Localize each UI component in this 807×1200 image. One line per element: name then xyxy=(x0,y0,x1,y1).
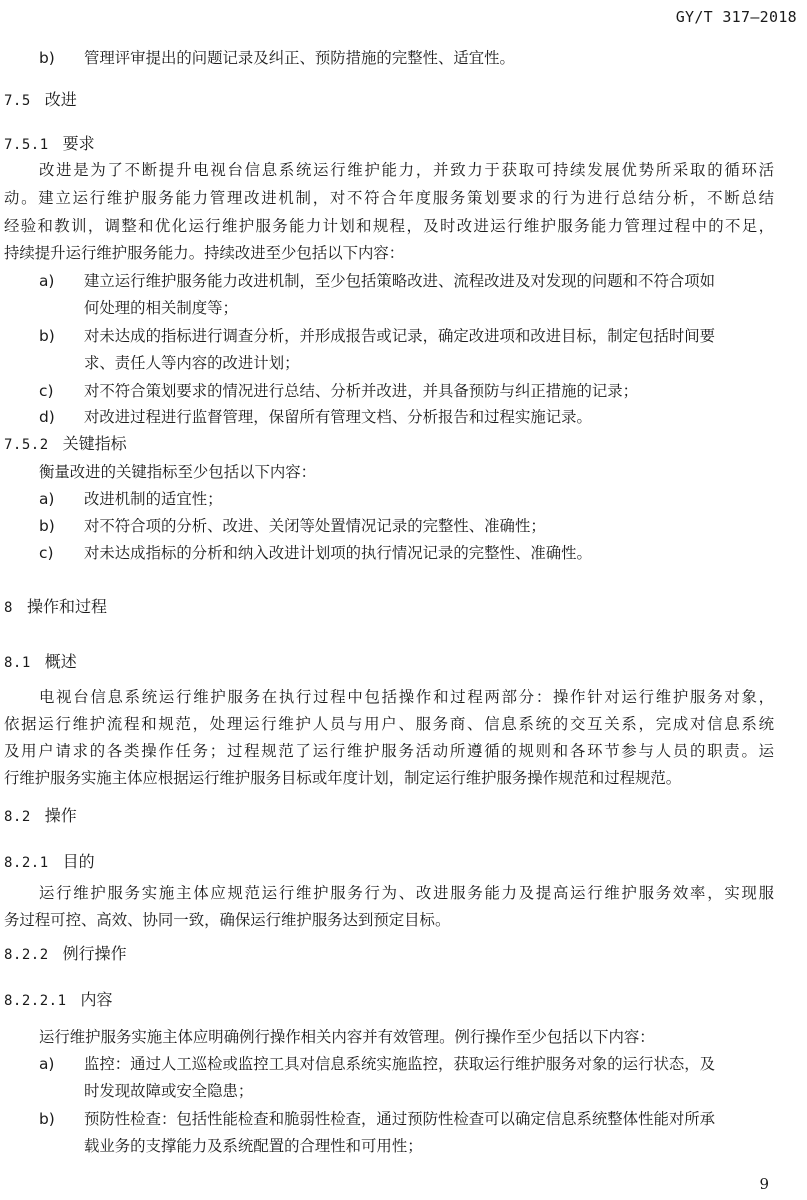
paragraph-line: 经验和教训，调整和优化运行维护服务能力计划和规程，及时改进运行维护服务能力管理过… xyxy=(4,216,774,236)
section-heading-8-2: 8.2操作 xyxy=(4,806,77,827)
list-item-text: 管理评审提出的问题记录及纠正、预防措施的完整性、适宜性。 xyxy=(84,49,515,67)
list-item: b)预防性检查：包括性能检查和脆弱性检查，通过预防性检查可以确定信息系统整体性能… xyxy=(39,1109,715,1129)
page-number: 9 xyxy=(759,1175,769,1193)
section-number: 8.2.1 xyxy=(4,855,49,871)
list-item-text: 预防性检查：包括性能检查和脆弱性检查，通过预防性检查可以确定信息系统整体性能对所… xyxy=(84,1110,715,1128)
list-item-text: 对不符合项的分析、改进、关闭等处置情况记录的完整性、准确性； xyxy=(84,517,546,535)
list-item-text: 对不符合策划要求的情况进行总结、分析并改进，并具备预防与纠正措施的记录； xyxy=(84,382,638,400)
paragraph-line: 衡量改进的关键指标至少包括以下内容： xyxy=(39,462,316,482)
list-item: c)对不符合策划要求的情况进行总结、分析并改进，并具备预防与纠正措施的记录； xyxy=(39,381,638,401)
section-heading-8-2-1: 8.2.1目的 xyxy=(4,852,95,873)
list-item: d)对改进过程进行监督管理，保留所有管理文档、分析报告和过程实施记录。 xyxy=(39,407,592,427)
section-heading-7-5-1: 7.5.1要求 xyxy=(4,134,95,155)
list-item-text: 对未达成指标的分析和纳入改进计划项的执行情况记录的完整性、准确性。 xyxy=(84,544,592,562)
list-item-text: 对未达成的指标进行调查分析，并形成报告或记录，确定改进项和改进目标，制定包括时间… xyxy=(84,327,715,345)
list-item: c)对未达成指标的分析和纳入改进计划项的执行情况记录的完整性、准确性。 xyxy=(39,543,592,563)
section-heading-8-1: 8.1概述 xyxy=(4,652,77,673)
section-number: 8.2.2 xyxy=(4,947,49,963)
paragraph-line: 动。建立运行维护服务能力管理改进机制，对不符合年度服务策划要求的行为进行总结分析… xyxy=(4,188,774,208)
section-title: 目的 xyxy=(63,852,95,871)
list-item-continuation: 何处理的相关制度等； xyxy=(84,298,238,318)
section-number: 8.2.2.1 xyxy=(4,993,67,1009)
list-item-continuation: 求、责任人等内容的改进计划； xyxy=(84,353,299,373)
section-title: 内容 xyxy=(81,990,113,1009)
list-item: b)管理评审提出的问题记录及纠正、预防措施的完整性、适宜性。 xyxy=(39,48,515,68)
section-number: 7.5 xyxy=(4,93,31,109)
list-item: b)对未达成的指标进行调查分析，并形成报告或记录，确定改进项和改进目标，制定包括… xyxy=(39,326,715,346)
paragraph-line: 依据运行维护流程和规范，处理运行维护人员与用户、服务商、信息系统的交互关系，完成… xyxy=(4,714,774,734)
list-marker: b) xyxy=(39,326,84,346)
section-number: 8 xyxy=(4,600,13,616)
list-item-text: 建立运行维护服务能力改进机制，至少包括策略改进、流程改进及对发现的问题和不符合项… xyxy=(84,272,715,290)
paragraph-line: 及用户请求的各类操作任务；过程规范了运行维护服务活动所遵循的规则和各环节参与人员… xyxy=(4,741,774,761)
section-title: 概述 xyxy=(45,652,77,671)
list-marker: a) xyxy=(39,1054,84,1074)
section-number: 7.5.2 xyxy=(4,437,49,453)
section-title: 改进 xyxy=(45,90,77,109)
section-heading-7-5: 7.5改进 xyxy=(4,90,77,111)
paragraph-line: 运行维护服务实施主体应明确例行操作相关内容并有效管理。例行操作至少包括以下内容： xyxy=(39,1027,655,1047)
list-item: a)监控：通过人工巡检或监控工具对信息系统实施监控，获取运行维护服务对象的运行状… xyxy=(39,1054,715,1074)
section-heading-8-2-2-1: 8.2.2.1内容 xyxy=(4,990,113,1011)
section-number: 8.1 xyxy=(4,655,31,671)
list-item-continuation: 载业务的支撑能力及系统配置的合理性和可用性； xyxy=(84,1136,423,1156)
section-title: 例行操作 xyxy=(63,944,127,963)
section-number: 7.5.1 xyxy=(4,137,49,153)
list-marker: a) xyxy=(39,489,84,509)
list-marker: c) xyxy=(39,543,84,563)
list-marker: d) xyxy=(39,407,84,427)
paragraph-line: 电视台信息系统运行维护服务在执行过程中包括操作和过程两部分：操作针对运行维护服务… xyxy=(39,687,774,707)
list-item-continuation: 时发现故障或安全隐患； xyxy=(84,1081,253,1101)
section-heading-8-2-2: 8.2.2例行操作 xyxy=(4,944,127,965)
list-marker: a) xyxy=(39,271,84,291)
paragraph-line: 运行维护服务实施主体应规范运行维护服务行为、改进服务能力及提高运行维护服务效率，… xyxy=(39,883,774,903)
standard-code-header: GY/T 317—2018 xyxy=(676,8,797,26)
list-item: a)建立运行维护服务能力改进机制，至少包括策略改进、流程改进及对发现的问题和不符… xyxy=(39,271,715,291)
section-number: 8.2 xyxy=(4,809,31,825)
section-heading-8: 8操作和过程 xyxy=(4,597,107,618)
section-title: 关键指标 xyxy=(63,434,127,453)
paragraph-line: 务过程可控、高效、协同一致，确保运行维护服务达到预定目标。 xyxy=(4,910,450,930)
section-heading-7-5-2: 7.5.2关键指标 xyxy=(4,434,127,455)
list-marker: b) xyxy=(39,48,84,68)
list-marker: b) xyxy=(39,1109,84,1129)
paragraph-line: 持续提升运行维护服务能力。持续改进至少包括以下内容： xyxy=(4,243,404,263)
list-marker: b) xyxy=(39,516,84,536)
list-item-text: 监控：通过人工巡检或监控工具对信息系统实施监控，获取运行维护服务对象的运行状态，… xyxy=(84,1055,715,1073)
list-item-text: 改进机制的适宜性； xyxy=(84,490,223,508)
list-item: a)改进机制的适宜性； xyxy=(39,489,223,509)
section-title: 要求 xyxy=(63,134,95,153)
paragraph-line: 改进是为了不断提升电视台信息系统运行维护能力，并致力于获取可持续发展优势所采取的… xyxy=(39,160,774,180)
list-item-text: 对改进过程进行监督管理，保留所有管理文档、分析报告和过程实施记录。 xyxy=(84,408,592,426)
section-title: 操作和过程 xyxy=(27,597,107,616)
section-title: 操作 xyxy=(45,806,77,825)
list-marker: c) xyxy=(39,381,84,401)
paragraph-line: 行维护服务实施主体应根据运行维护服务目标或年度计划，制定运行维护服务操作规范和过… xyxy=(4,768,681,788)
list-item: b)对不符合项的分析、改进、关闭等处置情况记录的完整性、准确性； xyxy=(39,516,546,536)
